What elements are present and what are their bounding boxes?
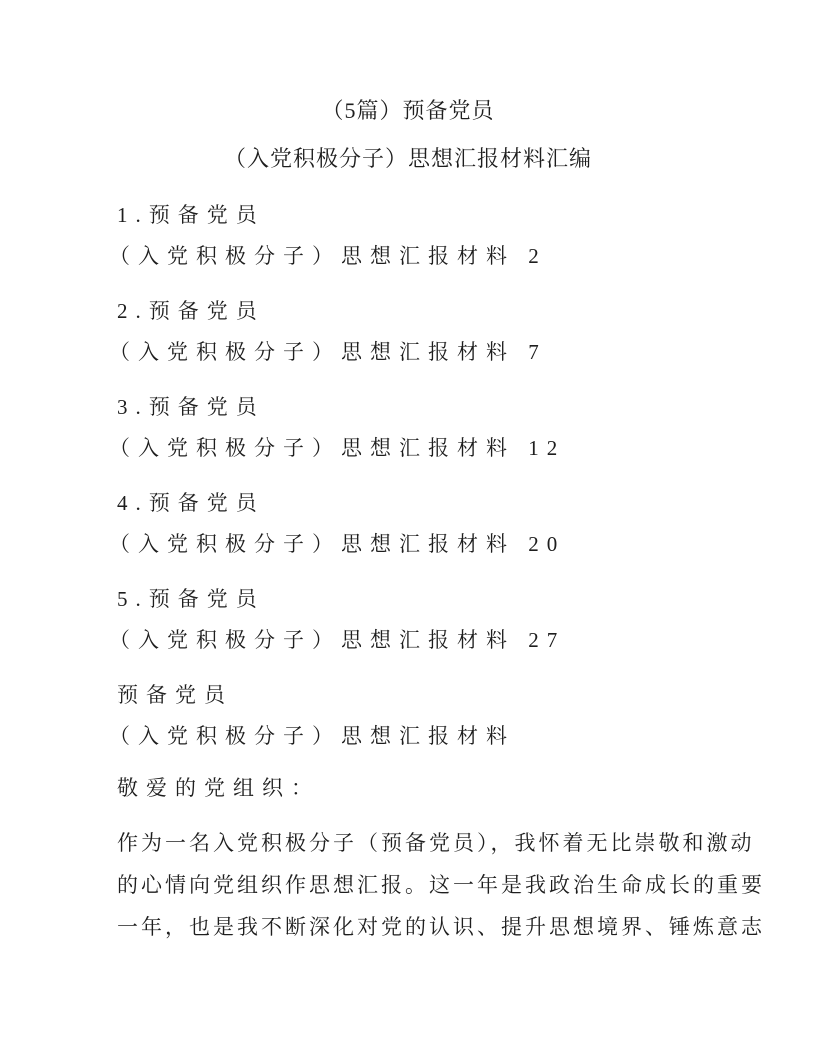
toc-item-2-index-line: 2.预备党员 — [117, 297, 816, 325]
toc-item-5-index-line: 5.预备党员 — [117, 585, 816, 613]
paragraph-line-2: 的心情向党组织作思想汇报。这一年是我政治生命成长的重要 — [117, 864, 816, 906]
paragraph-line-1: 作为一名入党积极分子（预备党员），我怀着无比崇敬和激动 — [117, 822, 816, 864]
toc-item-2: 2.预备党员 （入党积极分子）思想汇报材料 7 — [0, 297, 816, 366]
toc-item-3-detail-line: （入党积极分子）思想汇报材料 12 — [109, 434, 816, 462]
toc-item-4-detail-line: （入党积极分子）思想汇报材料 20 — [109, 530, 816, 558]
section-heading: 预备党员 （入党积极分子）思想汇报材料 — [0, 681, 816, 750]
document-page: （5篇）预备党员 （入党积极分子）思想汇报材料汇编 1.预备党员 （入党积极分子… — [0, 0, 816, 1056]
body-paragraph: 作为一名入党积极分子（预备党员），我怀着无比崇敬和激动 的心情向党组织作思想汇报… — [117, 822, 816, 948]
section-heading-line1: 预备党员 — [117, 681, 816, 709]
toc-item-3-index-line: 3.预备党员 — [117, 393, 816, 421]
section-heading-line2: （入党积极分子）思想汇报材料 — [109, 722, 816, 750]
toc-item-1-index-line: 1.预备党员 — [117, 201, 816, 229]
toc-item-1-detail-line: （入党积极分子）思想汇报材料 2 — [109, 242, 816, 270]
toc-item-1: 1.预备党员 （入党积极分子）思想汇报材料 2 — [0, 201, 816, 270]
toc-item-5-detail-line: （入党积极分子）思想汇报材料 27 — [109, 626, 816, 654]
toc-item-5: 5.预备党员 （入党积极分子）思想汇报材料 27 — [0, 585, 816, 654]
salutation: 敬爱的党组织： — [117, 774, 816, 802]
doc-title: （5篇）预备党员 — [0, 96, 816, 126]
toc-item-4-index-line: 4.预备党员 — [117, 489, 816, 517]
toc-item-2-detail-line: （入党积极分子）思想汇报材料 7 — [109, 338, 816, 366]
doc-subtitle: （入党积极分子）思想汇报材料汇编 — [0, 144, 816, 174]
toc-item-4: 4.预备党员 （入党积极分子）思想汇报材料 20 — [0, 489, 816, 558]
paragraph-line-3: 一年，也是我不断深化对党的认识、提升思想境界、锤炼意志 — [117, 906, 816, 948]
toc: 1.预备党员 （入党积极分子）思想汇报材料 2 2.预备党员 （入党积极分子）思… — [0, 201, 816, 654]
toc-item-3: 3.预备党员 （入党积极分子）思想汇报材料 12 — [0, 393, 816, 462]
